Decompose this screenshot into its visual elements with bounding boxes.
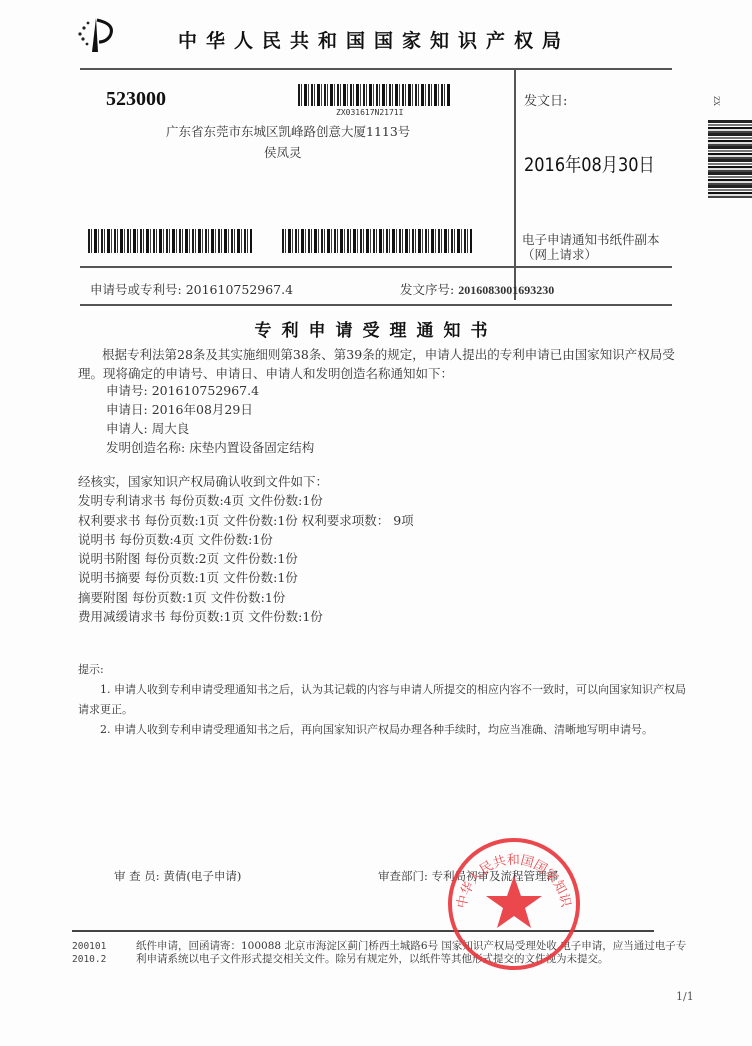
examiner: 审 查 员: 黄倩(电子申请) — [114, 868, 241, 884]
examiner-name: 黄倩(电子申请) — [163, 869, 241, 883]
copy-note: 电子申请通知书纸件副本（网上请求） — [522, 232, 672, 262]
issue-date-label: 发文日: — [524, 90, 567, 109]
notes-heading: 提示: — [78, 660, 686, 680]
vertical-barcode-text: ZX — [712, 96, 720, 106]
received-heading: 经核实，国家知识产权局确认收到文件如下： — [78, 472, 414, 491]
official-seal-icon: 中华人民共和国国家知识产权局 — [444, 834, 584, 974]
notes-section: 提示: 1. 申请人收到专利申请受理通知书之后，认为其记载的内容与申请人所提交的… — [78, 660, 686, 740]
application-number-row: 申请号或专利号: 201610752967.4 — [90, 280, 293, 298]
application-number-label: 申请号或专利号: — [90, 282, 182, 297]
application-fields: 申请号: 201610752967.4 申请日: 2016年08月29日 申请人… — [106, 381, 314, 457]
serial-number-label: 发文序号: — [400, 282, 454, 297]
cnipa-logo-icon — [74, 14, 118, 54]
agency-name: 中华人民共和国国家知识产权局 — [178, 26, 570, 53]
received-file-item: 说明书附图 每份页数:2页 文件份数:1份 — [78, 549, 414, 568]
note-item: 1. 申请人收到专利申请受理通知书之后，认为其记载的内容与申请人所提交的相应内容… — [78, 680, 686, 720]
form-code: 200101 2010.2 — [72, 940, 106, 966]
examiner-label: 审 查 员: — [114, 869, 160, 883]
field-invention-title: 发明创造名称: 床垫内置设备固定结构 — [106, 438, 314, 457]
intro-paragraph: 根据专利法第28条及其实施细则第38条、第39条的规定，申请人提出的专利申请已由… — [78, 345, 686, 383]
department-label: 审查部门: — [378, 869, 428, 883]
vertical-barcode — [708, 120, 752, 198]
issue-date: 2016年08月30日 — [524, 150, 655, 177]
field-application-number: 申请号: 201610752967.4 — [106, 381, 314, 400]
postcode: 523000 — [106, 88, 166, 111]
note-item: 2. 申请人收到专利申请受理通知书之后，再向国家知识产权局办理各种手续时，均应当… — [78, 720, 686, 740]
page-number: 1/1 — [676, 990, 694, 1003]
document-title: 专利申请受理通知书 — [0, 316, 752, 341]
received-file-item: 发明专利请求书 每份页数:4页 文件份数:1份 — [78, 491, 414, 510]
application-barcode — [88, 229, 252, 253]
field-filing-date: 申请日: 2016年08月29日 — [106, 400, 314, 419]
mailing-address: 广东省东莞市东城区凯峰路创意大厦1113号 — [166, 122, 410, 140]
serial-barcode — [282, 229, 472, 253]
serial-number: 2016083001693230 — [458, 283, 554, 297]
header-divider — [80, 68, 672, 70]
received-file-item: 摘要附图 每份页数:1页 文件份数:1份 — [78, 588, 414, 607]
field-applicant: 申请人: 周大良 — [106, 419, 314, 438]
serial-number-row: 发文序号: 2016083001693230 — [400, 280, 554, 298]
ids-top-divider — [80, 266, 672, 268]
barcode-text: ZX031617N2171I — [336, 108, 403, 117]
ids-bottom-divider — [80, 304, 672, 306]
received-file-item: 费用减缓请求书 每份页数:1页 文件份数:1份 — [78, 607, 414, 626]
received-file-item: 说明书摘要 每份页数:1页 文件份数:1份 — [78, 568, 414, 587]
received-file-item: 权利要求书 每份页数:1页 文件份数:1份 权利要求项数： 9项 — [78, 511, 414, 530]
received-files: 经核实，国家知识产权局确认收到文件如下： 发明专利请求书 每份页数:4页 文件份… — [78, 472, 414, 626]
received-file-item: 说明书 每份页数:4页 文件份数:1份 — [78, 530, 414, 549]
mailing-barcode — [298, 84, 450, 106]
application-number: 201610752967.4 — [186, 282, 293, 297]
recipient-name: 侯凤灵 — [264, 143, 302, 161]
footer-text: 纸件申请，回函请寄：100088 北京市海淀区蓟门桥西土城路6号 国家知识产权局… — [136, 940, 696, 966]
